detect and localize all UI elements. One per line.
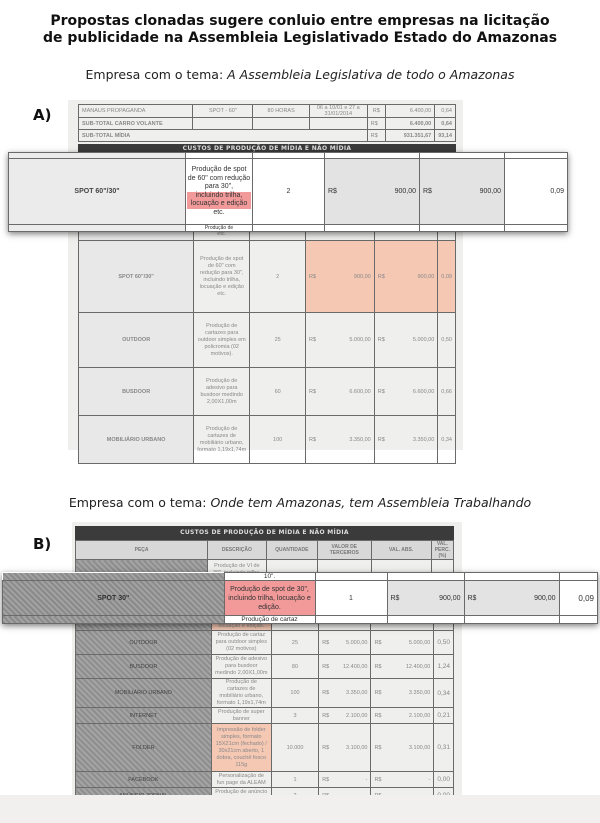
value: 12.400,00 <box>343 664 367 670</box>
valor-terceiros-cell: R$6.600,00 <box>306 368 375 416</box>
perc-cell: 0,66 <box>438 368 456 416</box>
value: 2.100,00 <box>346 713 367 719</box>
peca-cell: INTERNET <box>76 708 212 724</box>
quantity-cell: 2 <box>253 159 325 225</box>
valor-abs-cell: R$3.100,00 <box>371 724 434 772</box>
headline: Propostas clonadas sugere conluio entre … <box>0 13 600 47</box>
description-cell: Produção de spot de 60" com redução para… <box>186 159 253 225</box>
table-row: OUTDOORProdução de cartazes para outdoor… <box>79 313 456 368</box>
value: 6.600,00 <box>349 389 370 395</box>
value: 900,00 <box>417 274 434 280</box>
caption-theme: Onde tem Amazonas, tem Assembleia Trabal… <box>210 495 531 510</box>
below-fragment: Produção de cartaz <box>224 616 315 624</box>
section-b-caption: Empresa com o tema: Onde tem Amazonas, t… <box>0 495 600 510</box>
currency: R$ <box>322 713 329 719</box>
caption-prefix: Empresa com o tema: <box>69 495 211 510</box>
valor-terceiros-cell: R$900,00 <box>325 159 420 225</box>
column-header: VAL. ABS. <box>371 541 431 560</box>
perc-cell: 0,00 <box>434 772 454 788</box>
peca-cell: FACEBOOK <box>76 772 212 788</box>
valor-terceiros-cell: R$3.350,00 <box>319 679 371 708</box>
currency: R$ <box>309 337 316 343</box>
perc-cell: 0,64 <box>435 118 456 130</box>
currency: R$ <box>374 713 381 719</box>
perc-cell: 0,09 <box>438 241 456 313</box>
peca-cell: OUTDOOR <box>79 313 194 368</box>
currency: R$ <box>322 640 329 646</box>
currency: R$ <box>322 690 329 696</box>
value-cell: 931.351,67 <box>385 130 434 142</box>
description-cell: Produção de spot de 60" com redução para… <box>194 241 250 313</box>
valor-abs-cell: R$6.600,00 <box>374 368 438 416</box>
valor-abs-cell: R$5.000,00 <box>371 631 434 655</box>
column-header: QUANTIDADE <box>266 541 318 560</box>
currency: R$ <box>378 437 385 443</box>
column-header: VALOR DE TERCEIROS <box>318 541 372 560</box>
currency: R$ <box>378 274 385 280</box>
section-a-zoom-strip: SPOT 60"/30" Produção de spot de 60" com… <box>8 152 568 232</box>
description-cell: Personalização de fun page da ALEAM <box>211 772 271 788</box>
empty-cell <box>193 118 253 130</box>
value: 3.350,00 <box>346 690 367 696</box>
value: 900,00 <box>395 188 416 195</box>
valor-abs-cell: R$5.000,00 <box>374 313 438 368</box>
quantity-cell: 100 <box>271 679 318 708</box>
value: 12.400,00 <box>406 664 430 670</box>
description-cell: Produção de cartazes para outdoor simple… <box>194 313 250 368</box>
value: 3.350,00 <box>413 437 434 443</box>
value: 900,00 <box>534 595 555 602</box>
currency: R$ <box>309 389 316 395</box>
table-row: BUSDOORProdução de adesivo para busdoor … <box>76 655 454 679</box>
value: - <box>429 777 431 783</box>
table-row: INTERNETProdução de super banner3R$2.100… <box>76 708 454 724</box>
quantity-cell: 1 <box>271 772 318 788</box>
quantity-cell: 1 <box>315 581 387 616</box>
quantity-cell: 80 <box>271 655 318 679</box>
section-b-zoom-strip: 10". SPOT 30" Produção de spot de 30", i… <box>2 572 598 624</box>
section-b-scan: CUSTOS DE PRODUÇÃO DE MÍDIA E NÃO MÍDIA … <box>72 522 462 795</box>
section-b-zoom-table: 10". SPOT 30" Produção de spot de 30", i… <box>2 572 598 624</box>
table-row: SUB-TOTAL MÍDIAR$931.351,6793,14 <box>79 130 456 142</box>
value: 3.100,00 <box>409 745 430 751</box>
description-highlight: incluindo trilha, locuação e edição <box>187 192 251 209</box>
perc-cell: 0,50 <box>438 313 456 368</box>
valor-terceiros-cell: R$5.000,00 <box>319 631 371 655</box>
currency-cell: R$ <box>367 130 385 142</box>
perc-cell: 0,31 <box>434 724 454 772</box>
valor-abs-cell: R$3.350,00 <box>371 679 434 708</box>
period-cell: 06 a 10/01 e 27 a 31/01/2014 <box>309 105 367 118</box>
value: 3.350,00 <box>409 690 430 696</box>
perc-cell: 0,09 <box>505 159 568 225</box>
perc-cell: 0,64 <box>435 105 456 118</box>
valor-abs-cell: R$12.400,00 <box>371 655 434 679</box>
caption-prefix: Empresa com o tema: <box>86 67 228 82</box>
value: 5.000,00 <box>409 640 430 646</box>
peca-cell: SUB-TOTAL CARRO VOLANTE <box>79 118 193 130</box>
peca-cell: MANAUS PROPAGANDA <box>79 105 193 118</box>
valor-terceiros-cell: R$3.100,00 <box>319 724 371 772</box>
perc-cell: 0,09 <box>559 581 598 616</box>
table-row: MOBILIÁRIO URBANOProdução de cartazes de… <box>79 416 456 464</box>
section-a-zoom-table: SPOT 60"/30" Produção de spot de 60" com… <box>8 152 568 232</box>
section-a-table: etc.SPOT 60"/30"Produção de spot de 60" … <box>78 228 456 464</box>
quantity-cell: 100 <box>250 416 306 464</box>
value: 3.350,00 <box>349 437 370 443</box>
valor-abs-cell: R$2.100,00 <box>371 708 434 724</box>
value: 900,00 <box>439 595 460 602</box>
table-row: FACEBOOKPersonalização de fun page da AL… <box>76 772 454 788</box>
valor-abs-cell: R$- <box>371 772 434 788</box>
table-row: BUSDOORProdução de adesivo para busdoor … <box>79 368 456 416</box>
valor-abs-cell: R$900,00 <box>464 581 559 616</box>
description-plain: Produção de spot de 60" com redução para… <box>188 166 250 190</box>
currency: R$ <box>374 745 381 751</box>
currency: R$ <box>322 777 329 783</box>
description-cell: SPOT - 60" <box>193 105 253 118</box>
perc-cell: 93,14 <box>435 130 456 142</box>
currency: R$ <box>309 274 316 280</box>
value: 5.000,00 <box>413 337 434 343</box>
perc-cell: 0,34 <box>434 679 454 708</box>
quantity-cell: 80 HORAS <box>253 105 310 118</box>
above-fragment: 10". <box>224 573 315 581</box>
peca-cell: SPOT 60"/30" <box>9 159 186 225</box>
currency: R$ <box>378 337 385 343</box>
section-b-table: locuação e edição.OUTDOORProdução de car… <box>75 622 454 804</box>
description-cell: Produção de cartaz para outdoor simples … <box>211 631 271 655</box>
valor-terceiros-cell: R$2.100,00 <box>319 708 371 724</box>
currency: R$ <box>374 690 381 696</box>
currency: R$ <box>374 664 381 670</box>
section-a-label: A) <box>33 106 51 124</box>
value: 900,00 <box>354 274 371 280</box>
valor-terceiros-cell: R$900,00 <box>306 241 375 313</box>
section-a-caption: Empresa com o tema: A Assembleia Legisla… <box>0 67 600 82</box>
description-cell: Produção de cartazes de mobiliário urban… <box>211 679 271 708</box>
column-header: PEÇA <box>76 541 208 560</box>
empty-cell <box>253 118 310 130</box>
perc-cell: 0,34 <box>438 416 456 464</box>
value: 5.000,00 <box>349 337 370 343</box>
description-cell: Produção de super banner <box>211 708 271 724</box>
peca-cell: MOBILIÁRIO URBANO <box>79 416 194 464</box>
description-cell: Produção de cartazes de mobiliário urban… <box>194 416 250 464</box>
value: 900,00 <box>480 188 501 195</box>
currency: R$ <box>322 745 329 751</box>
headline-line-1: Propostas clonadas sugere conluio entre … <box>0 13 600 30</box>
quantity-cell: 25 <box>271 631 318 655</box>
perc-cell: 1,24 <box>434 655 454 679</box>
currency: R$ <box>328 188 337 195</box>
currency-cell: R$ <box>367 105 385 118</box>
quantity-cell: 10.000 <box>271 724 318 772</box>
table-row: SPOT 60"/30"Produção de spot de 60" com … <box>79 241 456 313</box>
valor-terceiros-cell: R$12.400,00 <box>319 655 371 679</box>
section-b-label: B) <box>33 535 51 553</box>
column-header-row: PEÇADESCRIÇÃOQUANTIDADEVALOR DE TERCEIRO… <box>76 541 454 560</box>
currency-cell: R$ <box>367 118 385 130</box>
value: 3.100,00 <box>346 745 367 751</box>
valor-terceiros-cell: R$900,00 <box>387 581 464 616</box>
peca-cell: MOBILIÁRIO URBANO <box>76 679 212 708</box>
value: 6.600,00 <box>413 389 434 395</box>
description-tail: etc. <box>213 209 224 216</box>
value: 5.000,00 <box>346 640 367 646</box>
next-row-fragment: Produção de <box>186 225 253 232</box>
quantity-cell: 60 <box>250 368 306 416</box>
quantity-cell: 2 <box>250 241 306 313</box>
valor-abs-cell: R$900,00 <box>374 241 438 313</box>
peca-cell: BUSDOOR <box>79 368 194 416</box>
valor-terceiros-cell: R$3.350,00 <box>306 416 375 464</box>
peca-cell: SPOT 60"/30" <box>79 241 194 313</box>
peca-cell: SUB-TOTAL MÍDIA <box>79 130 368 142</box>
column-header: VAL. PERC. (%) <box>431 541 453 560</box>
description-cell: Produção de adesivo para busdoor medindo… <box>194 368 250 416</box>
quantity-cell: 3 <box>271 708 318 724</box>
table-row: OUTDOORProdução de cartaz para outdoor s… <box>76 631 454 655</box>
currency: R$ <box>374 640 381 646</box>
valor-terceiros-cell: R$- <box>319 772 371 788</box>
perc-cell: 0,21 <box>434 708 454 724</box>
peca-cell: SPOT 30" <box>3 581 225 616</box>
value-cell: 6.400,00 <box>385 105 434 118</box>
valor-terceiros-cell: R$5.000,00 <box>306 313 375 368</box>
valor-abs-cell: R$900,00 <box>420 159 505 225</box>
valor-abs-cell: R$3.350,00 <box>374 416 438 464</box>
table-row: MANAUS PROPAGANDASPOT - 60"80 HORAS06 a … <box>79 105 456 118</box>
footer-bar <box>0 795 600 823</box>
headline-line-2: de publicidade na Assembleia Legislativa… <box>0 30 600 47</box>
currency: R$ <box>423 188 432 195</box>
table-row: MOBILIÁRIO URBANOProdução de cartazes de… <box>76 679 454 708</box>
peca-cell: BUSDOOR <box>76 655 212 679</box>
currency: R$ <box>468 595 477 602</box>
peca-cell: FOLDER <box>76 724 212 772</box>
description-cell: Produção de adesivo para busdoor medindo… <box>211 655 271 679</box>
section-b-header: CUSTOS DE PRODUÇÃO DE MÍDIA E NÃO MÍDIA <box>75 526 454 540</box>
value-cell: 6.400,00 <box>385 118 434 130</box>
peca-cell: OUTDOOR <box>76 631 212 655</box>
currency: R$ <box>309 437 316 443</box>
value: - <box>366 777 368 783</box>
section-a-top-table: MANAUS PROPAGANDASPOT - 60"80 HORAS06 a … <box>78 104 456 142</box>
column-header: DESCRIÇÃO <box>208 541 266 560</box>
currency: R$ <box>374 777 381 783</box>
description-highlight: Produção de spot de 30", incluindo trilh… <box>224 581 315 616</box>
table-row: FOLDERImpressão de folder simples, forma… <box>76 724 454 772</box>
currency: R$ <box>378 389 385 395</box>
table-row: SUB-TOTAL CARRO VOLANTER$6.400,000,64 <box>79 118 456 130</box>
description-cell: Impressão de folder simples, formato 15X… <box>211 724 271 772</box>
currency: R$ <box>391 595 400 602</box>
quantity-cell: 25 <box>250 313 306 368</box>
perc-cell: 0,50 <box>434 631 454 655</box>
currency: R$ <box>322 664 329 670</box>
value: 2.100,00 <box>409 713 430 719</box>
empty-cell <box>309 118 367 130</box>
caption-theme: A Assembleia Legislativa de todo o Amazo… <box>227 67 514 82</box>
